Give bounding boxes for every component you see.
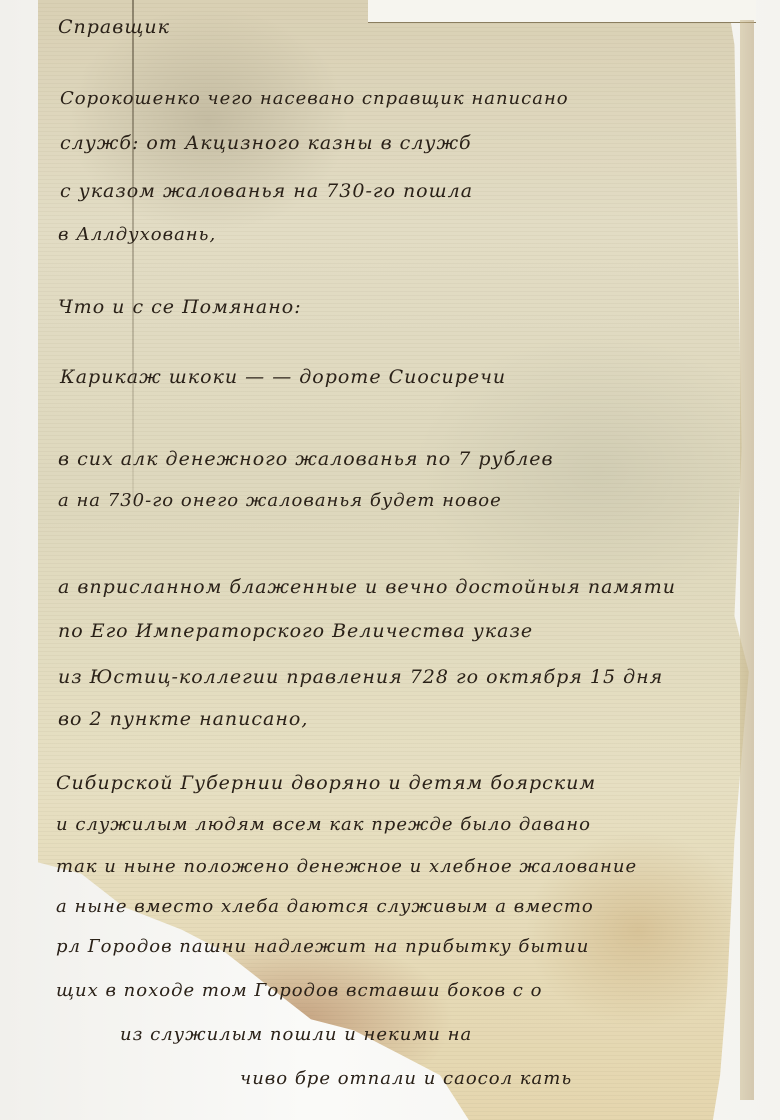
text-line: Что и с се Помянано:	[58, 296, 302, 318]
text-line: с указом жалованья на 730-го пошла	[60, 180, 473, 202]
text-line: в сих алк денежного жалованья по 7 рубле…	[58, 448, 554, 470]
text-line: Справщик	[58, 16, 170, 38]
text-line: во 2 пункте написано,	[58, 708, 308, 730]
text-line: рл Городов пашни надлежит на прибытку бы…	[56, 936, 589, 957]
text-line: Сибирской Губернии дворяно и детям боярс…	[56, 772, 596, 794]
text-line: по Его Императорского Величества указе	[58, 620, 533, 642]
text-line: и служилым людям всем как прежде было да…	[56, 814, 591, 835]
handwritten-text-block: Справщик Сорокошенко чего насевано справ…	[0, 0, 780, 1120]
text-line: Карикаж шкоки — — дороте Сиосиречи	[60, 366, 506, 388]
text-line: Сорокошенко чего насевано справщик напис…	[60, 88, 569, 109]
text-line: из служилым пошли и некими на	[120, 1024, 472, 1045]
text-line: а вприсланном блаженные и вечно достойны…	[58, 576, 676, 598]
text-line: чиво бре отпали и саосол кать	[240, 1068, 572, 1089]
text-line: а на 730-го онего жалованья будет новое	[58, 490, 502, 511]
text-line: служб: от Акцизного казны в служб	[60, 132, 472, 154]
text-line: из Юстиц-коллегии правления 728 го октяб…	[58, 666, 663, 688]
text-line: а ныне вместо хлеба даются служивым а вм…	[56, 896, 594, 917]
text-line: в Аллдуховань,	[58, 224, 216, 245]
text-line: так и ныне положено денежное и хлебное ж…	[56, 856, 637, 877]
text-line: щих в походе том Городов вставши боков с…	[56, 980, 542, 1001]
